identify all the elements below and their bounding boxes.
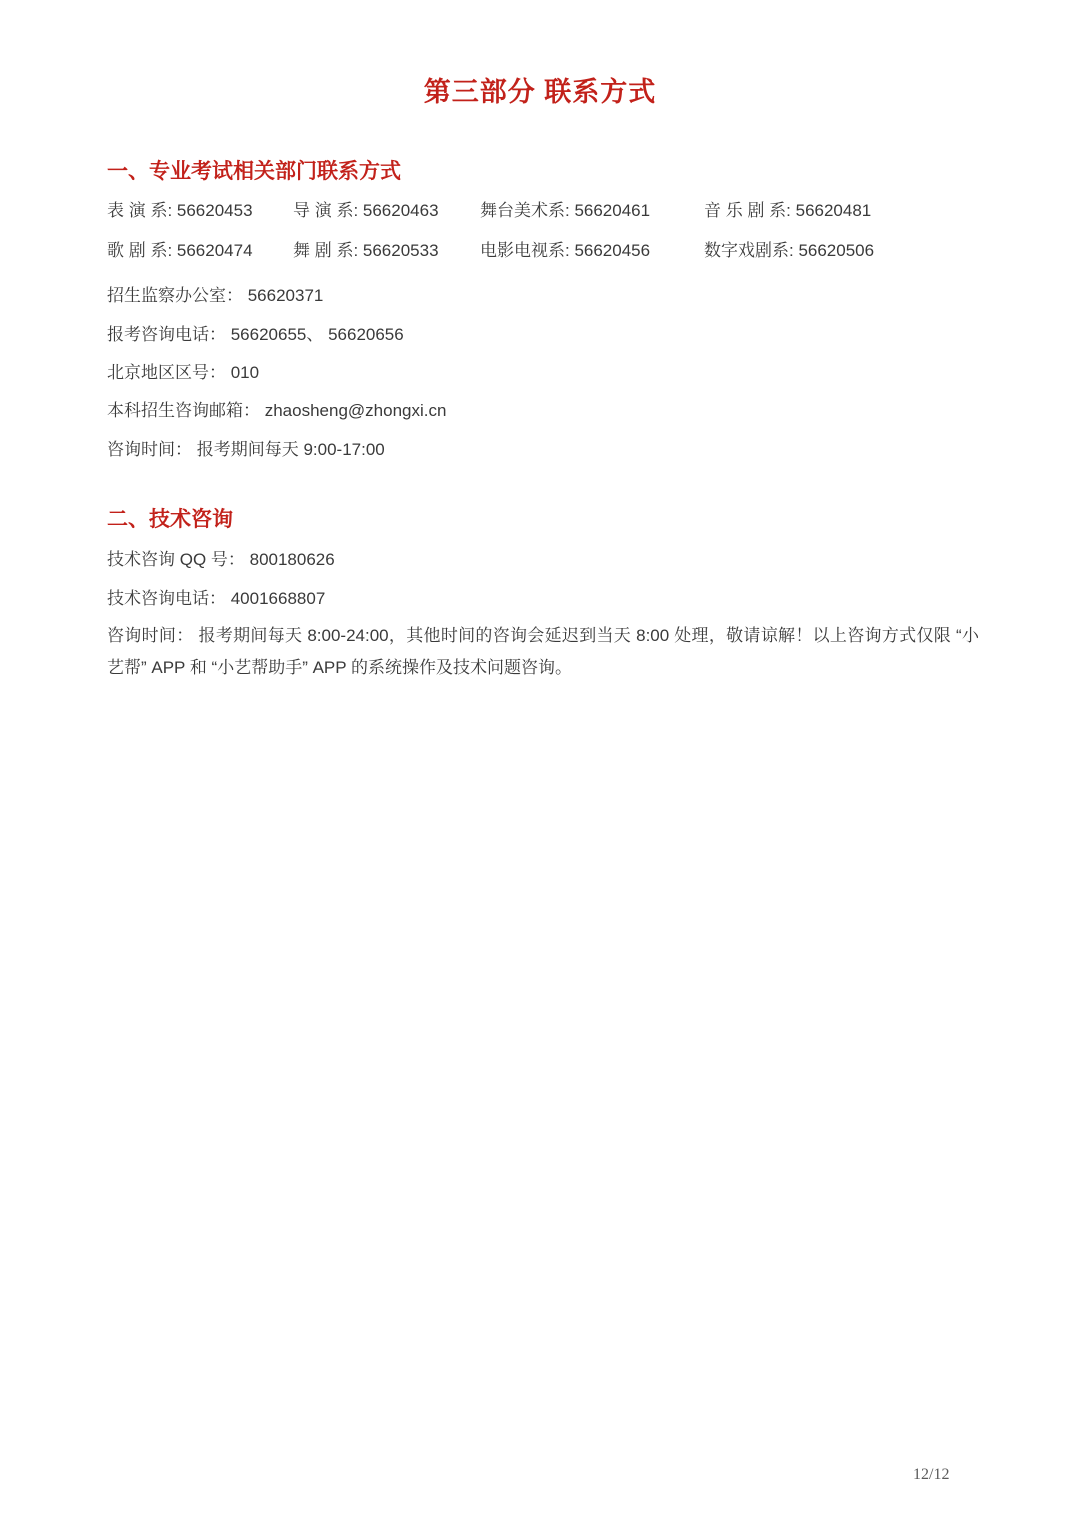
dept-contact: 音 乐 剧 系: 56620481 xyxy=(704,196,871,221)
tech-consult-hours-paragraph: 咨询时间： 报考期间每天 8:00-24:00，其他时间的咨询会延迟到当天 8:… xyxy=(107,620,979,683)
document-page: 第三部分 联系方式 一、专业考试相关部门联系方式 表 演 系: 56620453… xyxy=(0,0,1080,1526)
beijing-area-code-line: 北京地区区号： 010 xyxy=(107,358,259,383)
admission-email-line: 本科招生咨询邮箱： zhaosheng@zhongxi.cn xyxy=(107,396,446,421)
dept-contact: 导 演 系: 56620463 xyxy=(293,196,439,221)
dept-contact: 歌 剧 系: 56620474 xyxy=(107,236,253,261)
consult-hours-line: 咨询时间： 报考期间每天 9:00-17:00 xyxy=(107,435,385,460)
dept-contact-row-2: 歌 剧 系: 56620474 舞 剧 系: 56620533 电影电视系: 5… xyxy=(107,236,980,260)
page-title: 第三部分 联系方式 xyxy=(0,70,1080,109)
dept-contact-row-1: 表 演 系: 56620453 导 演 系: 56620463 舞台美术系: 5… xyxy=(107,196,980,220)
tech-phone-line: 技术咨询电话： 4001668807 xyxy=(107,584,325,609)
dept-contact: 表 演 系: 56620453 xyxy=(107,196,253,221)
dept-contact: 数字戏剧系: 56620506 xyxy=(704,236,874,261)
section-2-heading: 二、技术咨询 xyxy=(107,503,233,533)
dept-contact: 舞 剧 系: 56620533 xyxy=(293,236,439,261)
application-hotline-line: 报考咨询电话： 56620655、 56620656 xyxy=(107,320,404,345)
tech-qq-line: 技术咨询 QQ 号： 800180626 xyxy=(107,545,335,570)
section-1-heading: 一、专业考试相关部门联系方式 xyxy=(107,155,401,185)
page-number: 12/12 xyxy=(913,1466,949,1484)
dept-contact: 舞台美术系: 56620461 xyxy=(480,196,650,221)
supervision-office-line: 招生监察办公室： 56620371 xyxy=(107,281,323,306)
dept-contact: 电影电视系: 56620456 xyxy=(480,236,650,261)
